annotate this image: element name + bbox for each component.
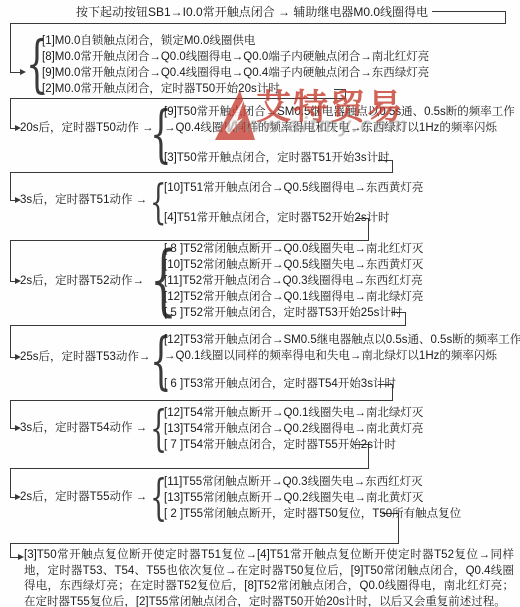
flow-step: [1]M0.0自锁触点闭合，锁定M0.0线圈供电 <box>42 33 429 49</box>
section1-top-line <box>10 23 505 24</box>
footer-paragraph: [3]T50常开触点复位断开使定时器T51复位→[4]T51常开触点复位断开使定… <box>24 548 514 607</box>
section1-lines: [1]M0.0自锁触点闭合，锁定M0.0线圈供电 [8]M0.0常开触点闭合→Q… <box>42 33 429 97</box>
flow-step: [4]T51常开触点闭合，定时器T52开始2s计时 <box>164 210 423 226</box>
flow-step: [12]T53常开触点闭合→SM0.5继电器触点以0.5s通、0.5s断的频率工… <box>164 332 520 348</box>
section7-label: 2s后，定时器T55动作 → <box>20 489 147 505</box>
section3-left-line <box>10 172 11 200</box>
section6-lines: [12]T54常开触点断开→Q0.1线圈失电→南北绿灯灭 [13]T54常开触点… <box>164 405 423 453</box>
section3-label: 3s后，定时器T51动作 → <box>20 192 147 208</box>
arrow-right-icon <box>10 281 15 282</box>
arrow-right-icon <box>10 557 18 558</box>
section4-lines: [ 8 ]T52常闭触点断开→Q0.0线圈失电→南北红灯灭 [10]T52常闭触… <box>164 241 423 321</box>
flow-step: [11]T52常开触点闭合→Q0.3线圈得电→东西红灯亮 <box>164 273 423 289</box>
section2-top-line <box>10 98 345 99</box>
flow-step: [9]T50常开触点闭合→SM0.5继电器触点以0.5s通、0.5s断的频率工作 <box>164 104 515 120</box>
section2-left-line <box>10 98 11 128</box>
flow-step: [13]T54常开触点闭合→Q0.2线圈得电→南北黄灯亮 <box>164 421 423 437</box>
section2-lines: [9]T50常开触点闭合→SM0.5继电器触点以0.5s通、0.5s断的频率工作… <box>164 104 515 166</box>
section6-label: 3s后，定时器T54动作 → <box>20 420 147 436</box>
arrow-right-icon <box>10 128 15 129</box>
section1-left-line <box>10 23 11 72</box>
page-title: 按下起动按钮SB1→I0.0常开触点闭合 → 辅助继电器M0.0线圈得电 <box>76 4 428 20</box>
flow-step: [11]T55常闭触点断开→Q0.3线圈失电→东西红灯灭 <box>164 474 461 490</box>
flow-step: [ 8 ]T52常闭触点断开→Q0.0线圈失电→南北红灯灭 <box>164 241 423 257</box>
section5-lines: [12]T53常开触点闭合→SM0.5继电器触点以0.5s通、0.5s断的频率工… <box>164 332 520 392</box>
section7-top-line <box>10 468 368 469</box>
flow-step: [ 7 ]T54常开触点闭合，定时器T55开始2s计时 <box>164 437 423 453</box>
flow-step: [10]T51常开触点闭合→Q0.5线圈得电→东西黄灯亮 <box>164 180 423 196</box>
section5-label: 25s后，定时器T53动作→ <box>20 349 150 365</box>
footer-top-line <box>10 543 398 544</box>
flow-step: [2]M0.0常开触点闭合，定时器T50开始20s计时 <box>42 81 429 97</box>
section7-lines: [11]T55常闭触点断开→Q0.3线圈失电→东西红灯灭 [13]T55常闭触点… <box>164 474 461 522</box>
flow-step: [ 2 ]T55常闭触点断开，定时器T50复位，T50所有触点复位 <box>164 506 461 522</box>
section4-label: 2s后，定时器T52动作→ <box>20 273 144 289</box>
arrow-right-icon <box>10 72 20 73</box>
section2-label: 20s后，定时器T50动作 → <box>20 120 154 136</box>
flow-step: [ 5 ]T52常开触点闭合，定时器T53开始25s计时 <box>164 305 423 321</box>
section4-left-line <box>10 240 11 281</box>
arrow-right-icon <box>10 428 15 429</box>
arrow-right-icon <box>10 200 15 201</box>
section6-left-line <box>10 400 11 428</box>
section3-lines: [10]T51常开触点闭合→Q0.5线圈得电→东西黄灯亮 [4]T51常开触点闭… <box>164 180 423 226</box>
flow-step: [ 6 ]T53常开触点闭合，定时器T54开始3s计时 <box>164 376 520 392</box>
section3-top-line <box>10 172 392 173</box>
section7-left-line <box>10 468 11 497</box>
section6-top-line <box>10 400 392 401</box>
flow-step: →Q0.4线圈以同样的频率得电和失电→东西绿灯以1Hz的频率闪烁 <box>164 120 515 136</box>
arrow-right-icon <box>10 497 15 498</box>
flow-step: [8]M0.0常开触点闭合→Q0.0线圈得电→Q0.0端子内硬触点闭合→南北红灯… <box>42 49 429 65</box>
flow-step: [12]T54常开触点断开→Q0.1线圈失电→南北绿灯灭 <box>164 405 423 421</box>
arrow-right-icon <box>10 357 15 358</box>
flow-diagram-page: 按下起动按钮SB1→I0.0常开触点闭合 → 辅助继电器M0.0线圈得电 20s… <box>0 0 520 607</box>
flow-step: [3]T50常开触点闭合，定时器T51开始3s计时 <box>164 150 515 166</box>
section5-left-line <box>10 325 11 357</box>
flow-step: →Q0.1线圈以同样的频率得电和失电→南北绿灯以1Hz的频率闪烁 <box>164 348 520 364</box>
footer-left-line <box>10 543 11 557</box>
flow-step: [10]T52常闭触点断开→Q0.5线圈失电→东西黄灯灭 <box>164 257 423 273</box>
flow-step: [13]T55常闭触点断开→Q0.2线圈失电→南北黄灯灭 <box>164 490 461 506</box>
flow-step: [12]T52常开触点闭合→Q0.1线圈得电→南北绿灯亮 <box>164 289 423 305</box>
flow-step: [9]M0.0常开触点闭合→Q0.4线圈得电→Q0.4端子内硬触点闭合→东西绿灯… <box>42 65 429 81</box>
section5-top-line <box>10 325 405 326</box>
